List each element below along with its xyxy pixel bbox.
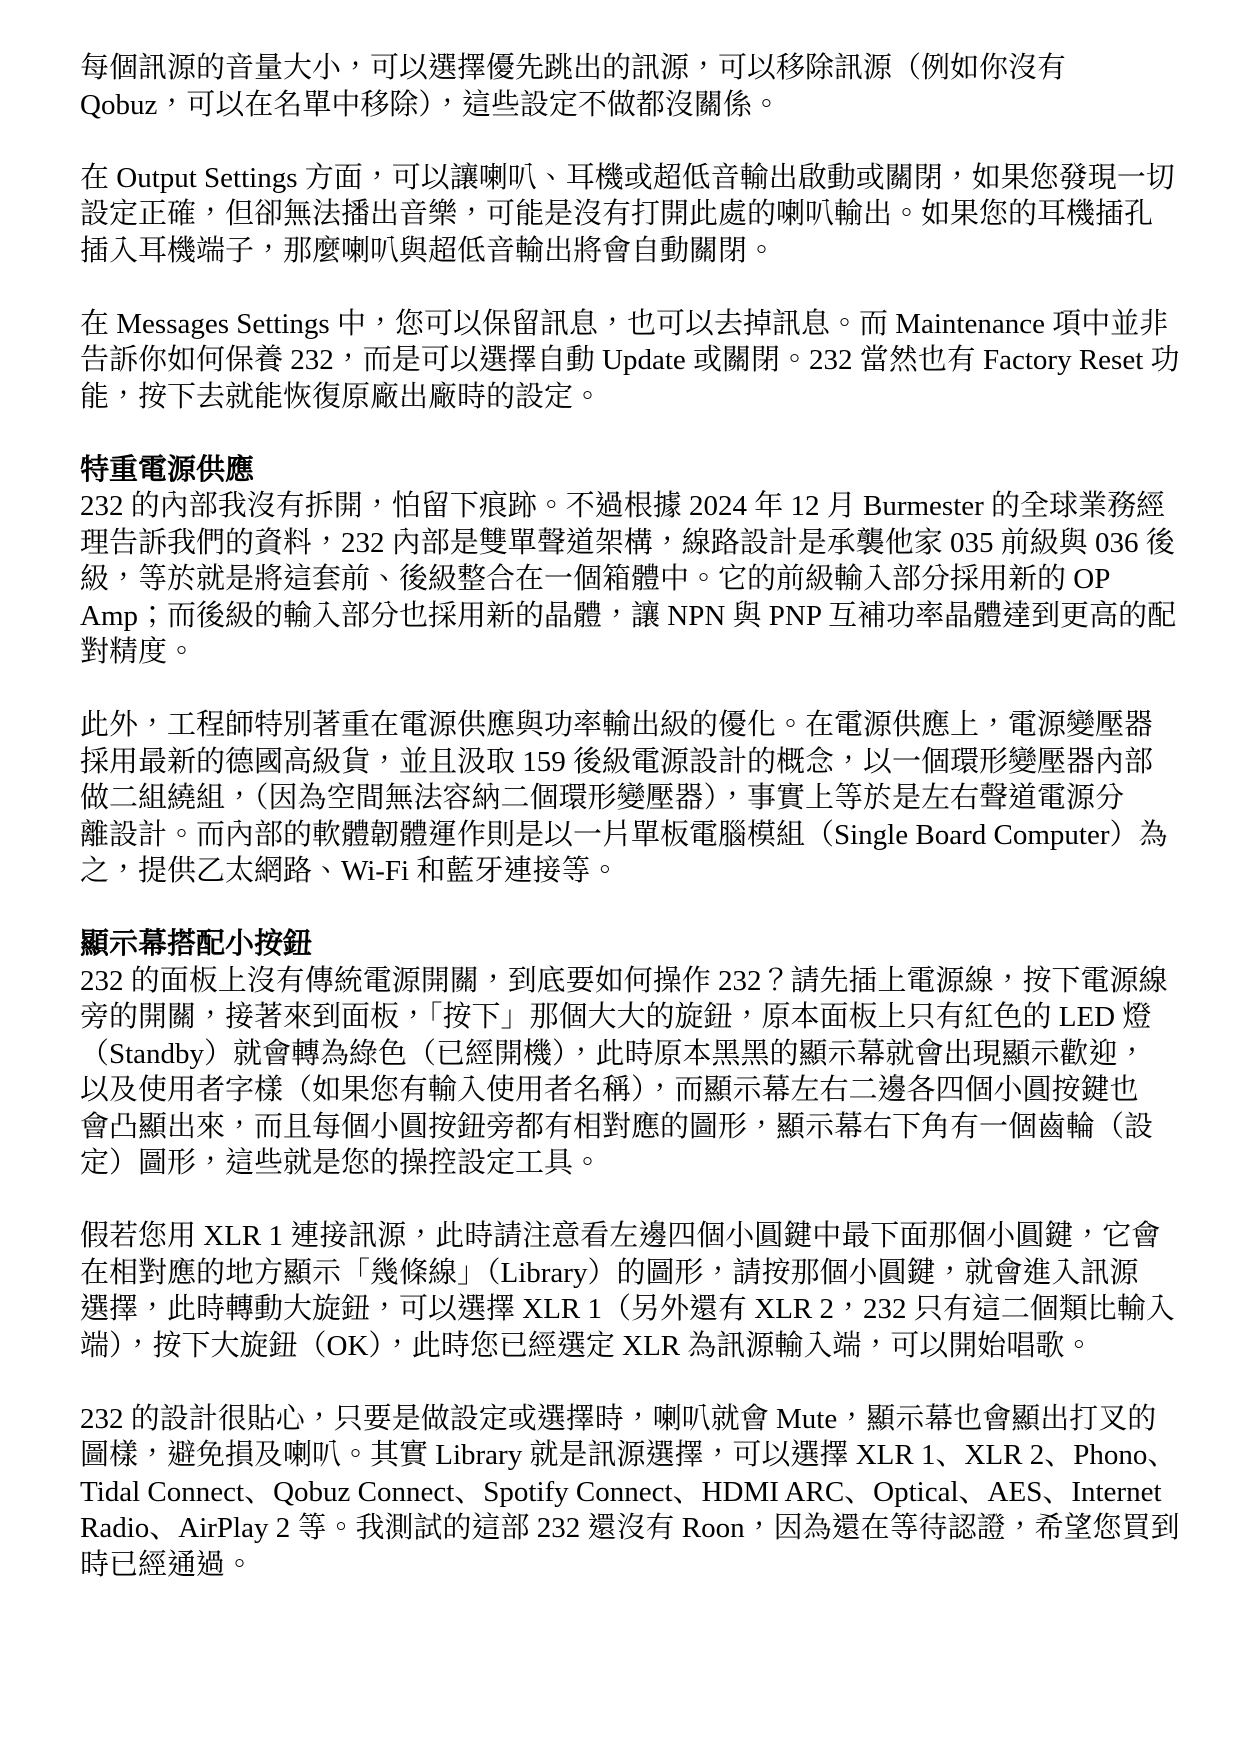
paragraph-xlr-source-selection: 假若您用 XLR 1 連接訊源，此時請注意看左邊四個小圓鍵中最下面那個小圓鍵，它… bbox=[80, 1218, 1181, 1364]
paragraph-source-volume-settings: 每個訊源的音量大小，可以選擇優先跳出的訊源，可以移除訊源（例如你沒有 Qobuz… bbox=[80, 50, 1181, 123]
paragraph-mute-and-library-sources: 232 的設計很貼心，只要是做設定或選擇時，喇叭就會 Mute，顯示幕也會顯出打… bbox=[80, 1401, 1181, 1584]
paragraph-front-panel-operation: 232 的面板上沒有傳統電源開關，到底要如何操作 232？請先插上電源線，按下電… bbox=[80, 963, 1181, 1182]
paragraph-messages-maintenance: 在 Messages Settings 中，您可以保留訊息，也可以去掉訊息。而 … bbox=[80, 306, 1181, 416]
section-heading-power-supply: 特重電源供應 bbox=[80, 452, 1181, 489]
paragraph-transformer-design: 此外，工程師特別著重在電源供應與功率輸出級的優化。在電源供應上，電源變壓器 採用… bbox=[80, 707, 1181, 890]
paragraph-internal-architecture: 232 的內部我沒有拆開，怕留下痕跡。不過根據 2024 年 12 月 Burm… bbox=[80, 488, 1181, 671]
section-heading-display-buttons: 顯示幕搭配小按鈕 bbox=[80, 926, 1181, 963]
paragraph-output-settings: 在 Output Settings 方面，可以讓喇叭、耳機或超低音輸出啟動或關閉… bbox=[80, 160, 1181, 270]
document-page: 每個訊源的音量大小，可以選擇優先跳出的訊源，可以移除訊源（例如你沒有 Qobuz… bbox=[0, 0, 1241, 1755]
